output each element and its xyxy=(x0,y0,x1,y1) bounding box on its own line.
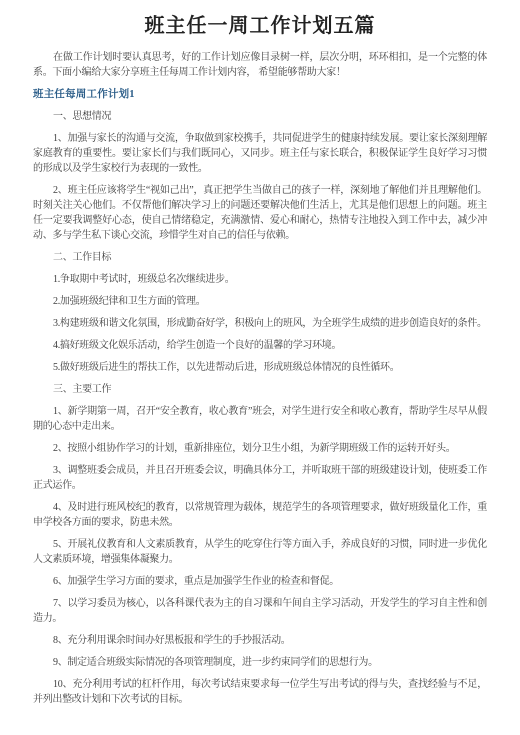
paragraph: 2、班主任应该将学生“视如己出”，真正把学生当做自己的孩子一样，深刻地了解他们并… xyxy=(33,183,487,243)
paragraph: 4、及时进行班风校纪的教育，以常规管理为载体，规范学生的各项管理要求，做好班级量… xyxy=(33,500,487,530)
page-title: 班主任一周工作计划五篇 xyxy=(33,13,487,40)
paragraph: 4.搞好班级文化娱乐活动，给学生创造一个良好的温馨的学习环境。 xyxy=(33,338,487,353)
paragraph: 7、以学习委员为核心，以各科课代表为主的自习课和午间自主学习活动，开发学生的学习… xyxy=(33,596,487,626)
paragraph: 1、新学期第一周，召开“安全教育，收心教育”班会，对学生进行安全和收心教育，帮助… xyxy=(33,404,487,434)
paragraph: 6、加强学生学习方面的要求，重点是加强学生作业的检查和督促。 xyxy=(33,574,487,589)
paragraph: 9、制定适合班级实际情况的各项管理制度，进一步约束同学们的思想行为。 xyxy=(33,655,487,670)
section-title-thought: 一、思想情况 xyxy=(33,109,487,124)
paragraph: 5、开展礼仪教育和人文素质教育，从学生的吃穿住行等方面入手，养成良好的习惯，同时… xyxy=(33,537,487,567)
section-title-goals: 二、工作目标 xyxy=(33,250,487,265)
paragraph: 1、加强与家长的沟通与交流，争取做到家校携手，共同促进学生的健康持续发展。要让家… xyxy=(33,131,487,176)
intro-paragraph: 在做工作计划时要认真思考，好的工作计划应像目录树一样，层次分明，环环相扣，是一个… xyxy=(33,50,487,80)
paragraph: 2.加强班级纪律和卫生方面的管理。 xyxy=(33,294,487,309)
paragraph: 8、充分利用课余时间办好黑板报和学生的手抄报活动。 xyxy=(33,633,487,648)
paragraph: 3.构建班级和谐文化氛围，形成勤奋好学，积极向上的班风，为全班学生成绩的进步创造… xyxy=(33,316,487,331)
article-heading: 班主任每周工作计划1 xyxy=(33,87,487,102)
section-title-main-work: 三、主要工作 xyxy=(33,382,487,397)
document-page: 班主任一周工作计划五篇 在做工作计划时要认真思考，好的工作计划应像目录树一样，层… xyxy=(0,0,520,735)
paragraph: 1.争取期中考试时，班级总名次继续进步。 xyxy=(33,272,487,287)
paragraph: 3、调整班委会成员，并且召开班委会议，明确具体分工，并听取班干部的班级建设计划，… xyxy=(33,463,487,493)
paragraph: 10、充分利用考试的杠杆作用，每次考试结束要求每一位学生写出考试的得与失，查找经… xyxy=(33,677,487,707)
paragraph: 2、按照小组协作学习的计划，重新排座位，划分卫生小组，为新学期班级工作的运转开好… xyxy=(33,441,487,456)
paragraph: 5.做好班级后进生的帮扶工作，以先进帮动后进，形成班级总体情况的良性循环。 xyxy=(33,360,487,375)
